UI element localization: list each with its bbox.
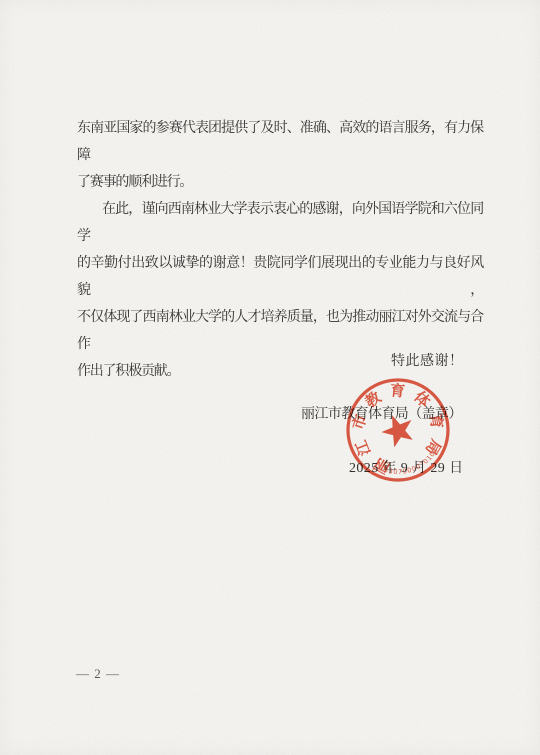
signature-organization: 丽江市教育体育局（盖章） (301, 403, 462, 423)
letter-body: 东南亚国家的参赛代表团提供了及时、准确、高效的语言服务，有力保障 了赛事的顺利进… (77, 115, 483, 385)
text-line: 东南亚国家的参赛代表团提供了及时、准确、高效的语言服务，有力保障 (77, 115, 483, 169)
page-number: — 2 — (76, 666, 120, 682)
document-page: 东南亚国家的参赛代表团提供了及时、准确、高效的语言服务，有力保障 了赛事的顺利进… (0, 0, 540, 755)
closing-phrase: 特此感谢！ (391, 350, 464, 370)
text-line: 了赛事的顺利进行。 (77, 169, 483, 196)
text-line: 的辛勤付出致以诚挚的谢意！贵院同学们展现出的专业能力与良好风貌， (77, 250, 483, 304)
signature-date: 2025 年 9 月 29 日 (349, 457, 464, 477)
text-line: 在此，谨向西南林业大学表示衷心的感谢，向外国语学院和六位同学 (77, 196, 483, 250)
